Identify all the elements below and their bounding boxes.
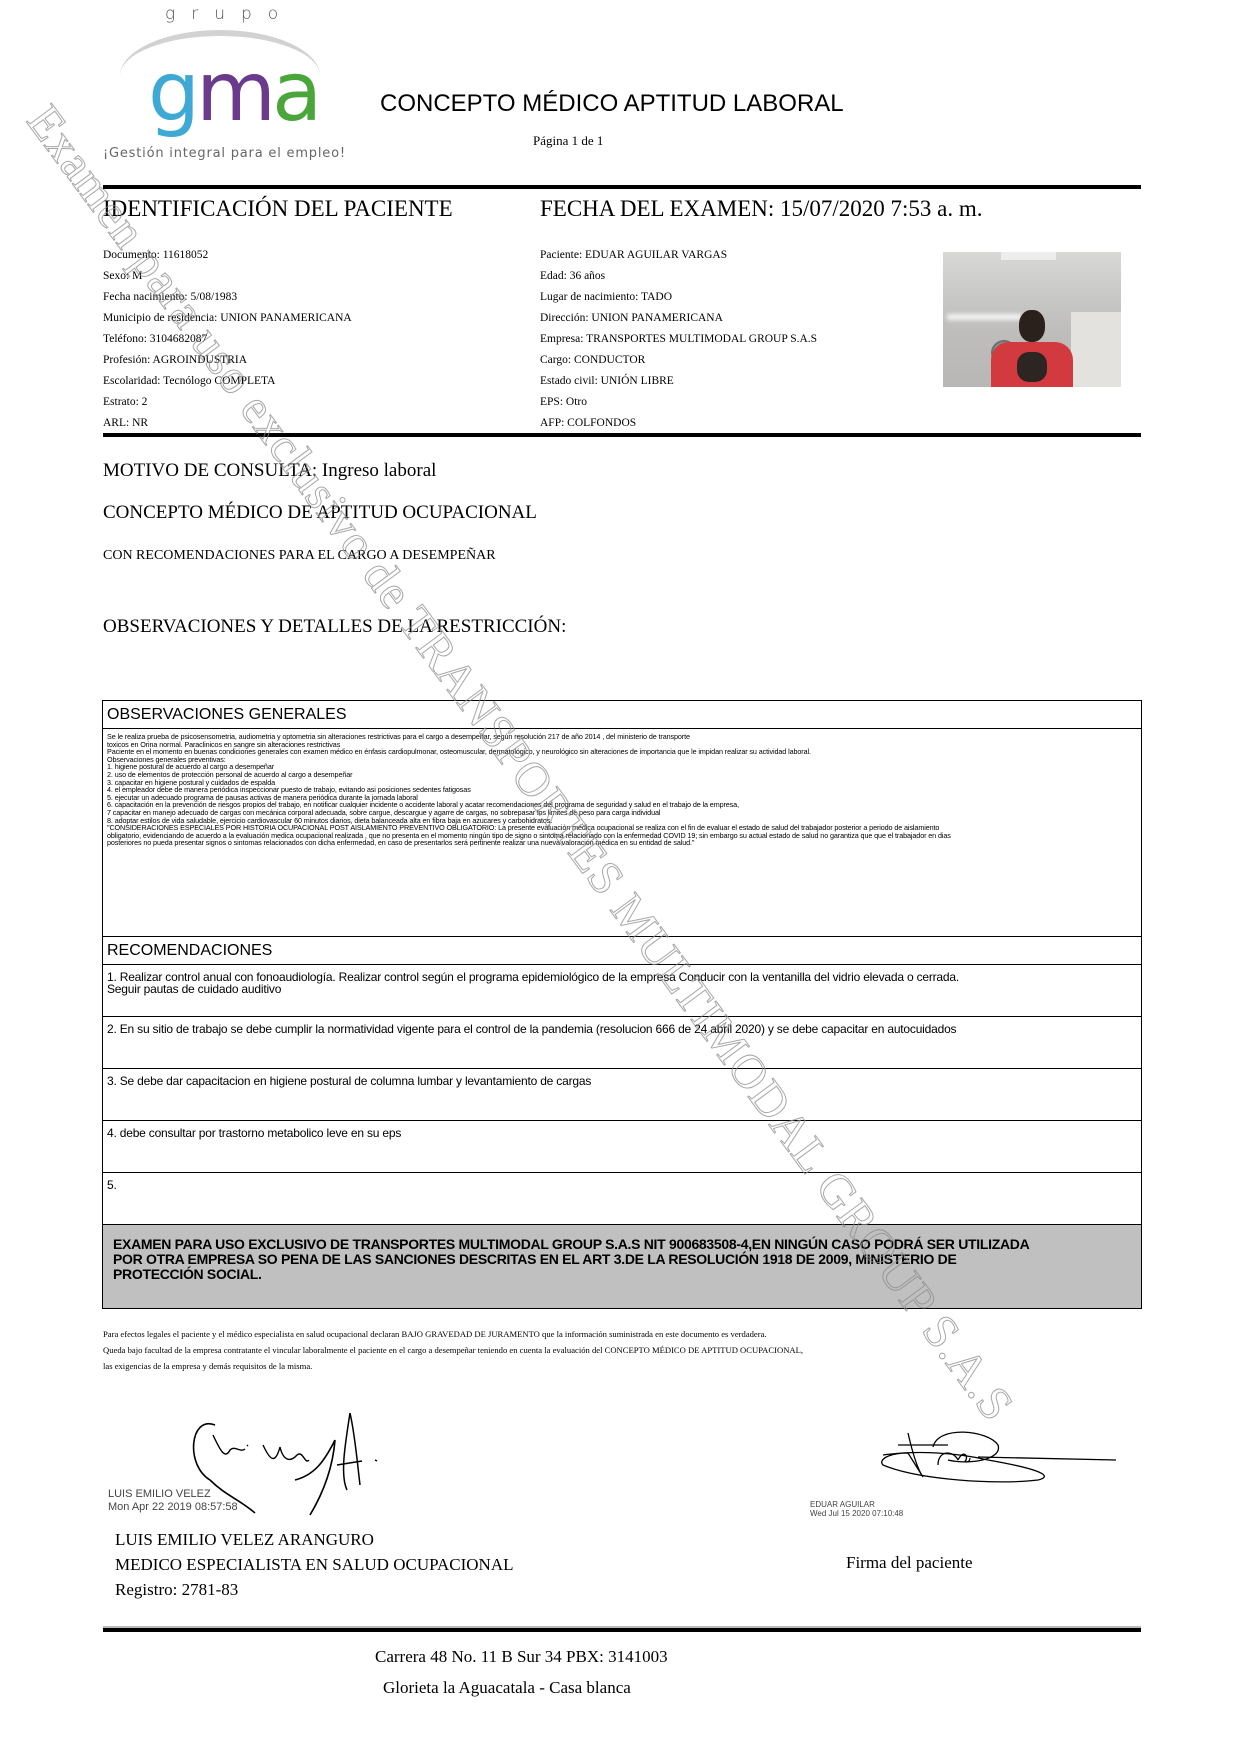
recomendacion-text: 4. debe consultar por trastorno metaboli… (107, 1127, 1137, 1139)
field-eps: EPS: Otro (540, 392, 817, 413)
recomendacion-text: 5. (107, 1179, 1137, 1191)
footer-location: Glorieta la Aguacatala - Casa blanca (383, 1678, 631, 1698)
footer-address: Carrera 48 No. 11 B Sur 34 PBX: 3141003 (375, 1647, 668, 1667)
patient-stamp-name: EDUAR AGUILAR (810, 1500, 903, 1509)
doctor-stamp-name: LUIS EMILIO VELEZ (108, 1488, 238, 1501)
doctor-stamp-date: Mon Apr 22 2019 08:57:58 (108, 1501, 238, 1514)
obs-line: Paciente en el momento en buenas condici… (107, 748, 1137, 756)
warning-line: EXAMEN PARA USO EXCLUSIVO DE TRANSPORTES… (113, 1237, 1131, 1252)
concepto-detail: CON RECOMENDACIONES PARA EL CARGO A DESE… (103, 548, 496, 564)
legal-line: Para efectos legales el paciente y el mé… (103, 1326, 803, 1342)
doctor-signature-stamp: LUIS EMILIO VELEZ Mon Apr 22 2019 08:57:… (108, 1488, 238, 1514)
motivo-consulta: MOTIVO DE CONSULTA: Ingreso laboral (103, 460, 436, 482)
observaciones-heading: OBSERVACIONES Y DETALLES DE LA RESTRICCI… (103, 616, 566, 638)
recomendacion-text: Seguir pautas de cuidado auditivo (107, 983, 1137, 995)
logo-letter-m: m (196, 45, 272, 140)
recomendacion-row: 4. debe consultar por trastorno metaboli… (103, 1121, 1141, 1173)
observaciones-generales-body: Se le realiza prueba de psicosensometria… (103, 729, 1141, 937)
document-title: CONCEPTO MÉDICO APTITUD LABORAL (380, 90, 844, 118)
observaciones-generales-header: OBSERVACIONES GENERALES (103, 701, 1141, 729)
recomendacion-row: 5. (103, 1173, 1141, 1225)
field-escolaridad: Escolaridad: Tecnólogo COMPLETA (103, 371, 352, 392)
logo-letter-a: a (272, 45, 318, 140)
doctor-title: MEDICO ESPECIALISTA EN SALUD OCUPACIONAL (115, 1552, 513, 1577)
recomendaciones-header: RECOMENDACIONES (103, 937, 1141, 965)
divider (103, 1628, 1141, 1632)
field-direccion: Dirección: UNION PANAMERICANA (540, 308, 817, 329)
page-number: Página 1 de 1 (533, 133, 603, 149)
recomendacion-text: 3. Se debe dar capacitacion en higiene p… (107, 1075, 1137, 1087)
warning-line: PROTECCIÓN SOCIAL. (113, 1267, 1131, 1282)
divider (103, 185, 1141, 189)
legal-line: Queda bajo facultad de la empresa contra… (103, 1342, 803, 1358)
recomendacion-row: 1. Realizar control anual con fonoaudiol… (103, 965, 1141, 1017)
divider (103, 433, 1141, 437)
concepto-medico: CONCEPTO MÉDICO DE APTITUD OCUPACIONAL (103, 502, 537, 524)
field-estado-civil: Estado civil: UNIÓN LIBRE (540, 371, 817, 392)
field-paciente: Paciente: EDUAR AGUILAR VARGAS (540, 245, 817, 266)
patient-fields-right: Paciente: EDUAR AGUILAR VARGAS Edad: 36 … (540, 245, 817, 434)
recomendacion-row: 3. Se debe dar capacitacion en higiene p… (103, 1069, 1141, 1121)
recomendacion-row: 2. En su sitio de trabajo se debe cumpli… (103, 1017, 1141, 1069)
field-edad: Edad: 36 años (540, 266, 817, 287)
doctor-registro: Registro: 2781-83 (115, 1577, 513, 1602)
patient-signature-stamp: EDUAR AGUILAR Wed Jul 15 2020 07:10:48 (810, 1500, 903, 1518)
logo-group-word: grupo (165, 4, 294, 24)
logo-letter-g: g (148, 45, 196, 140)
obs-line: posteriores no pueda presentar signos o … (107, 839, 1137, 847)
doctor-info: LUIS EMILIO VELEZ ARANGURO MEDICO ESPECI… (115, 1527, 513, 1602)
recomendacion-text: 2. En su sitio de trabajo se debe cumpli… (107, 1023, 1137, 1035)
field-arl: ARL: NR (103, 413, 352, 434)
doctor-name: LUIS EMILIO VELEZ ARANGURO (115, 1527, 513, 1552)
field-telefono: Teléfono: 3104682087 (103, 329, 352, 350)
field-empresa: Empresa: TRANSPORTES MULTIMODAL GROUP S.… (540, 329, 817, 350)
exam-date-heading: FECHA DEL EXAMEN: 15/07/2020 7:53 a. m. (540, 196, 983, 222)
warning-line: POR OTRA EMPRESA SO PENA DE LAS SANCIONE… (113, 1252, 1131, 1267)
patient-signature-label: Firma del paciente (846, 1553, 973, 1573)
field-cargo: Cargo: CONDUCTOR (540, 350, 817, 371)
patient-photo (943, 252, 1121, 387)
observations-table: OBSERVACIONES GENERALES Se le realiza pr… (102, 700, 1142, 1309)
field-municipio: Municipio de residencia: UNION PANAMERIC… (103, 308, 352, 329)
patient-signature-icon (878, 1425, 1118, 1485)
patient-fields-left: Documento: 11618052 Sexo: M Fecha nacimi… (103, 245, 352, 434)
logo-tagline: ¡Gestión integral para el empleo! (103, 146, 346, 161)
field-afp: AFP: COLFONDOS (540, 413, 817, 434)
identification-heading: IDENTIFICACIÓN DEL PACIENTE (103, 196, 453, 222)
field-fecha-nacimiento: Fecha nacimiento: 5/08/1983 (103, 287, 352, 308)
legal-line: las exigencias de la empresa y demás req… (103, 1358, 803, 1374)
field-profesion: Profesión: AGROINDUSTRIA (103, 350, 352, 371)
field-documento: Documento: 11618052 (103, 245, 352, 266)
patient-stamp-date: Wed Jul 15 2020 07:10:48 (810, 1509, 903, 1518)
legal-statement: Para efectos legales el paciente y el mé… (103, 1326, 803, 1374)
field-lugar-nacimiento: Lugar de nacimiento: TADO (540, 287, 817, 308)
field-estrato: Estrato: 2 (103, 392, 352, 413)
company-logo: gma (148, 52, 318, 134)
exclusive-use-warning: EXAMEN PARA USO EXCLUSIVO DE TRANSPORTES… (103, 1225, 1141, 1308)
field-sexo: Sexo: M (103, 266, 352, 287)
